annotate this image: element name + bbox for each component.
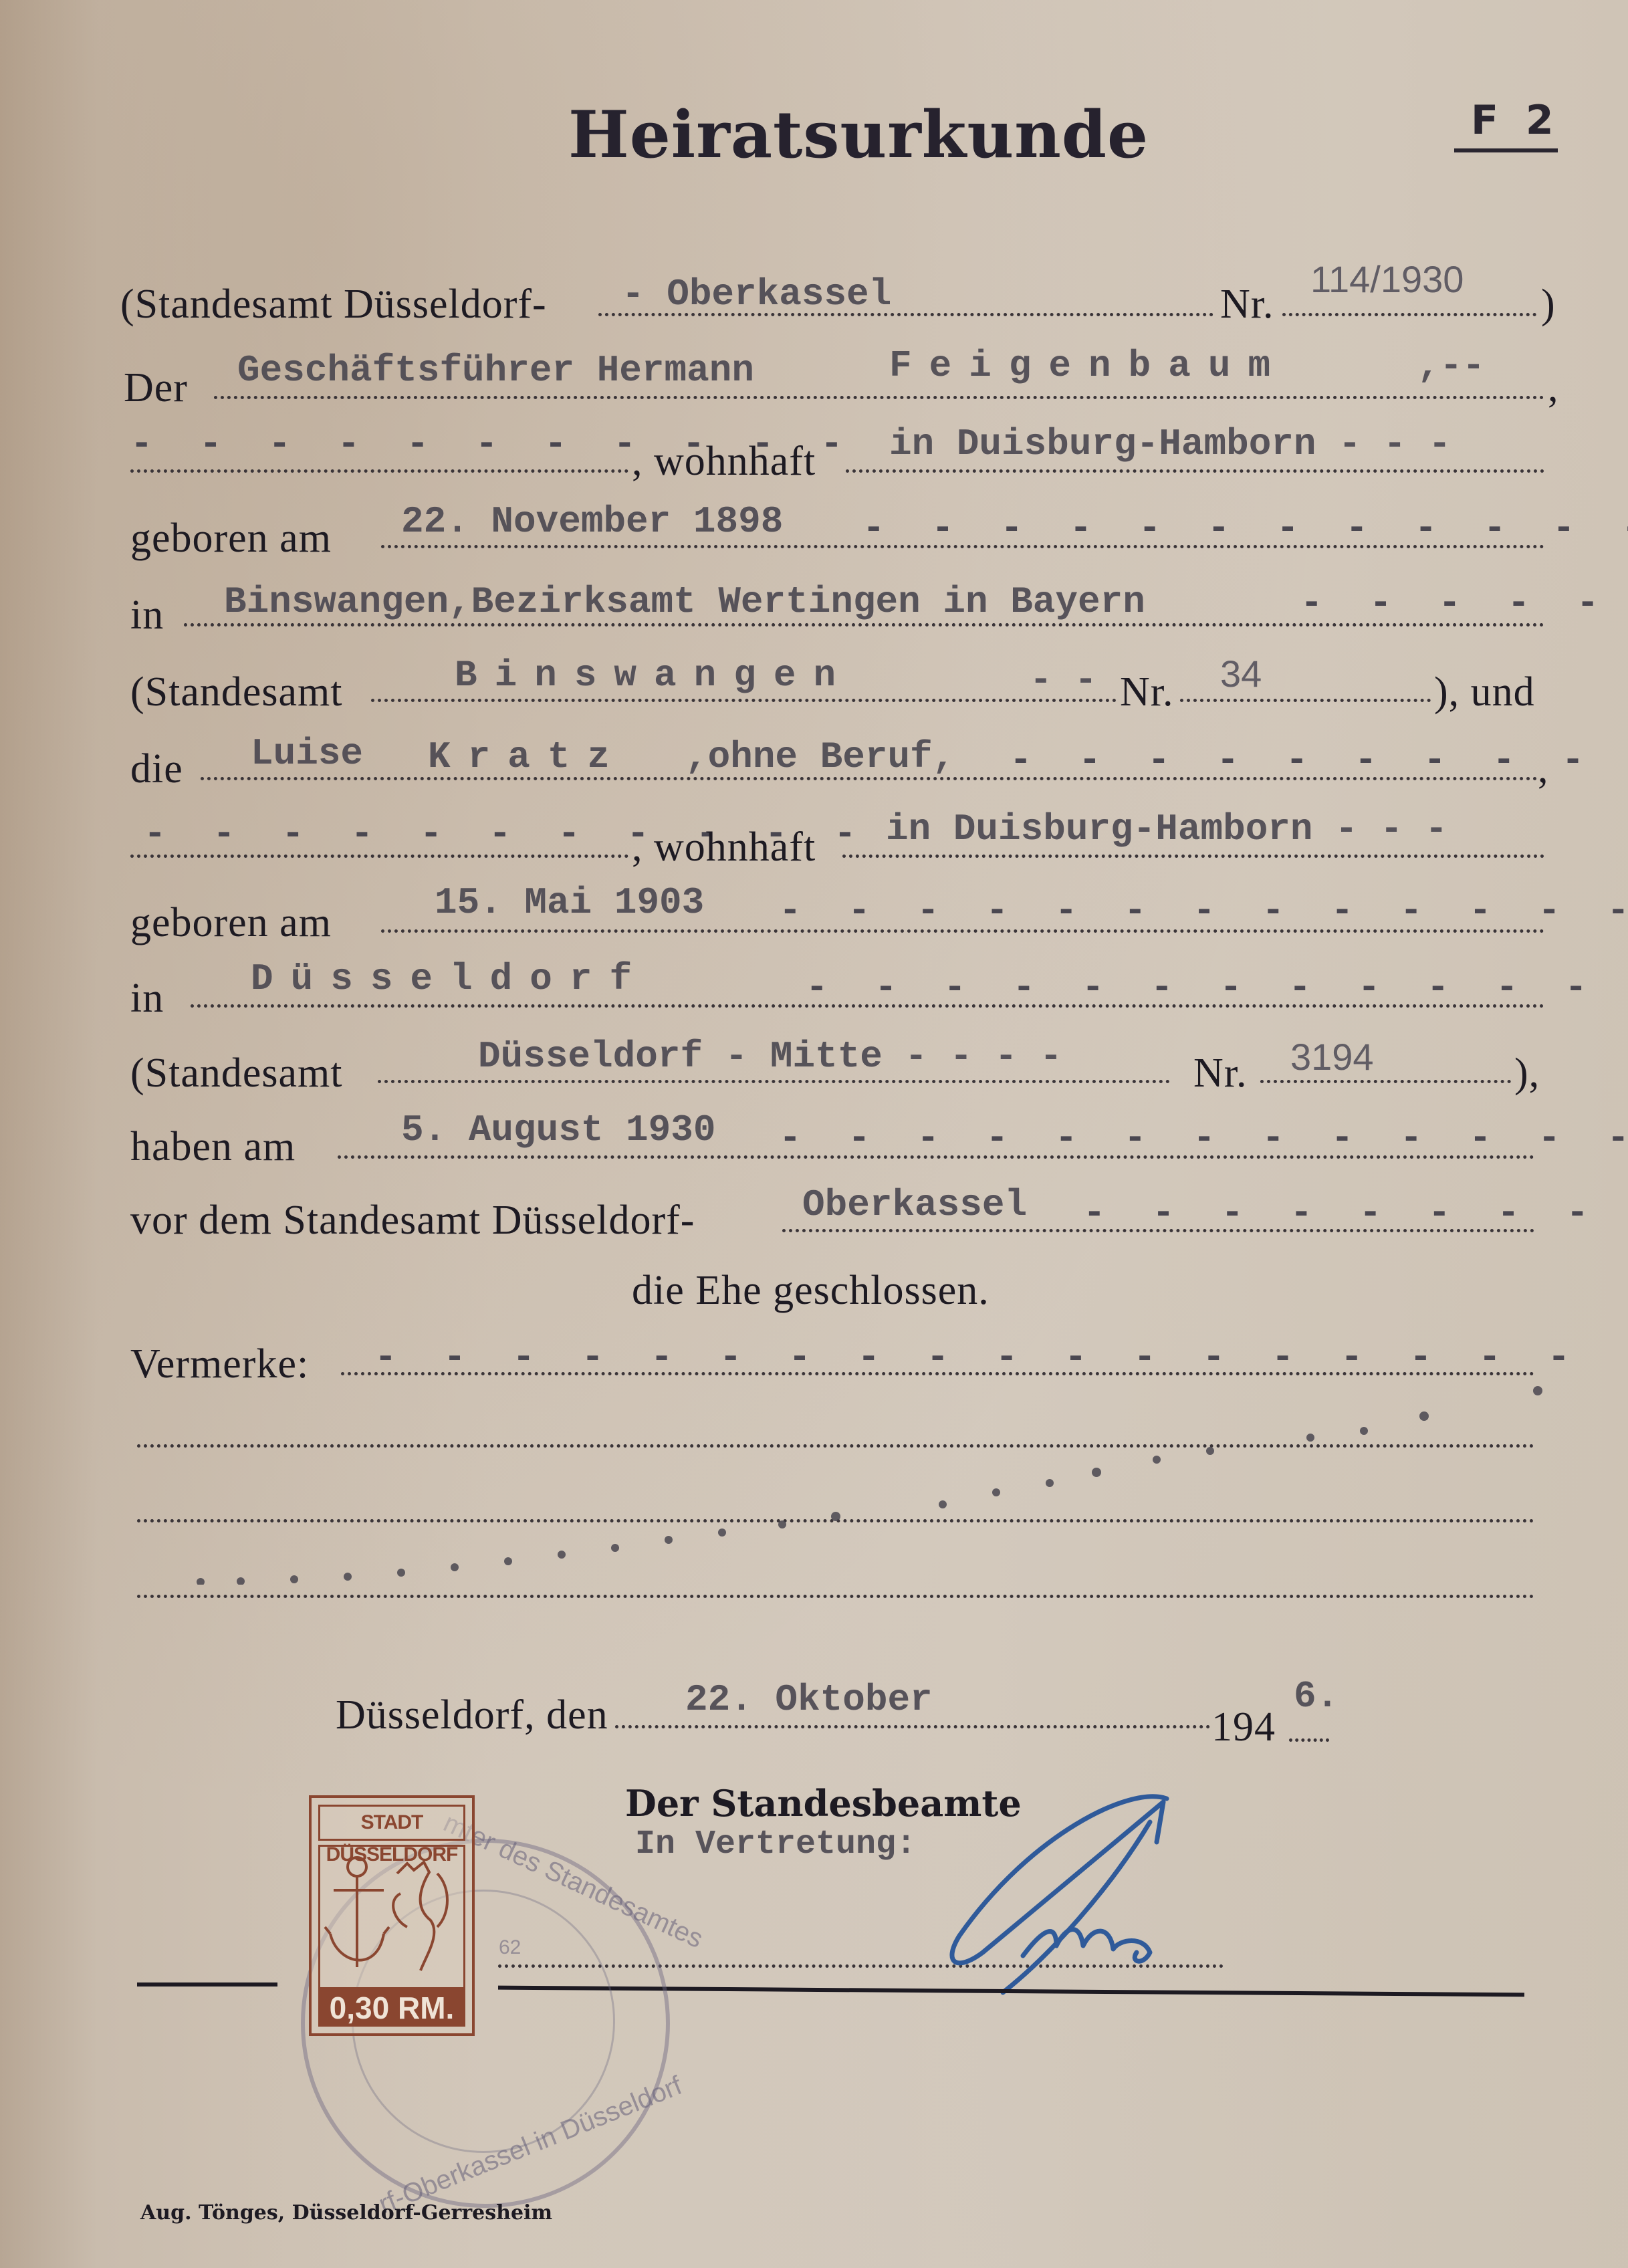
marriage-office: Oberkassel [802,1183,1027,1226]
handwritten-signature [929,1782,1210,1996]
bride-registry-line [378,1080,1170,1083]
bride-residence: in Duisburg-Hamborn - - - [886,808,1447,850]
bride-name-fill: - - - - - - - - - - [1010,739,1628,782]
groom-registry-line [371,699,1117,702]
registry-close: ) [1541,281,1556,328]
stamp-header: STADT DÜSSELDORF [318,1805,465,1841]
groom-residence: in Duisburg-Hamborn - - - [889,423,1451,465]
bride-birth-date: 15. Mai 1903 [435,881,704,924]
bride-registry-nr-line [1260,1080,1511,1083]
fee-revenue-stamp: STADT DÜSSELDORF 0,30 RM. [309,1795,475,2036]
issue-date-line [615,1725,1210,1728]
bride-registry-label: (Standesamt [130,1050,343,1097]
groom-occupation-name: Geschäftsführer Hermann [237,349,754,392]
bride-occupation: ,ohne Beruf, [685,735,955,778]
bride-name-comma: , [1538,746,1549,793]
groom-registry-nr: 34 [1220,652,1262,695]
registry-nr-value: 114/1930 [1310,257,1464,301]
issue-year-line [1289,1738,1329,1742]
bride-registry-office: Düsseldorf - Mitte - - - - [478,1035,1062,1078]
document-title: Heiratsurkunde [568,97,1149,173]
groom-birthplace-label: in [130,592,164,639]
marriage-date-label: haben am [130,1123,296,1171]
groom-registry-nr-label: Nr. [1120,669,1174,716]
marriage-office-label: vor dem Standesamt Düsseldorf- [130,1197,695,1244]
bride-birth-fill: - - - - - - - - - - - - - - - - [779,889,1628,932]
signature-deputy: In Vertretung: [635,1825,916,1863]
form-number: F 2 [1471,97,1560,144]
groom-registry-label: (Standesamt [130,669,343,716]
form-number-underline [1454,148,1558,152]
bride-registry-close: ), [1514,1050,1540,1097]
groom-registry-fill: - - [1030,659,1097,701]
groom-surname: Feigenbaum [889,344,1288,387]
registry-office: - Oberkassel [622,273,891,316]
remarks-strike-dots [134,1364,1551,1585]
groom-registry-close: ), und [1434,669,1535,716]
remarks-line-4 [137,1595,1534,1598]
issue-place-label: Düsseldorf, den [336,1692,608,1739]
printer-imprint: Aug. Tönges, Düsseldorf-Gerresheim [140,2201,552,2225]
groom-birth-date: 22. November 1898 [401,500,783,543]
marriage-office-fill: - - - - - - - - - [1083,1192,1628,1234]
seal-number: 62 [499,1936,521,1959]
registry-nr-line [1282,313,1536,316]
groom-name-line [214,396,1544,399]
groom-birthplace-fill: - - - - - [1300,582,1611,625]
stamp-value: 0,30 RM. [318,1989,465,2027]
bride-birthplace-fill: - - - - - - - - - - - - - - [806,966,1628,1009]
groom-residence-line [846,469,1544,473]
issue-date: 22. Oktober [685,1678,933,1721]
bride-birthplace-label: in [130,975,164,1022]
groom-birth-label: geboren am [130,515,332,562]
bride-registry-nr: 3194 [1290,1035,1374,1079]
groom-birth-fill: - - - - - - - - - - - - - - [862,507,1628,550]
groom-registry-nr-line [1180,699,1431,702]
bride-residence-line [842,855,1544,858]
issue-year-prefix: 194 [1211,1704,1276,1751]
registry-nr-label: Nr. [1220,281,1274,328]
groom-name-comma: , [1548,364,1559,412]
groom-birthplace: Binswangen,Bezirksamt Wertingen in Bayer… [224,580,1145,623]
marriage-date: 5. August 1930 [401,1109,715,1151]
registry-label: (Standesamt Düsseldorf- [120,281,547,328]
bride-registry-nr-label: Nr. [1193,1050,1248,1097]
groom-line2-line [130,469,628,473]
bride-die-label: die [130,746,183,793]
stamp-coat-of-arms [318,1845,465,1989]
bride-birth-label: geboren am [130,899,332,947]
marriage-date-fill: - - - - - - - - - - - - - - - [779,1117,1628,1159]
groom-der-label: Der [124,364,188,412]
bride-first-name: Luise [251,732,363,775]
bride-birthplace: Düsseldorf [251,957,649,1000]
groom-registry-office: Binswangen [455,654,853,697]
stamp-rule-left [137,1982,277,1987]
issue-year-suffix: 6. [1294,1675,1339,1718]
bride-wohnhaft-label: , wohnhaft [632,824,816,871]
groom-name-tail: ,-- [1417,344,1485,387]
bride-surname: Kratz [428,735,627,778]
bride-line2-line [130,855,628,858]
anchor-lion-icon [320,1847,461,1983]
marriage-closing: die Ehe geschlossen. [632,1267,990,1315]
groom-wohnhaft-label: , wohnhaft [632,438,816,485]
certificate-page: Heiratsurkunde F 2 (Standesamt Düsseldor… [0,0,1628,2268]
